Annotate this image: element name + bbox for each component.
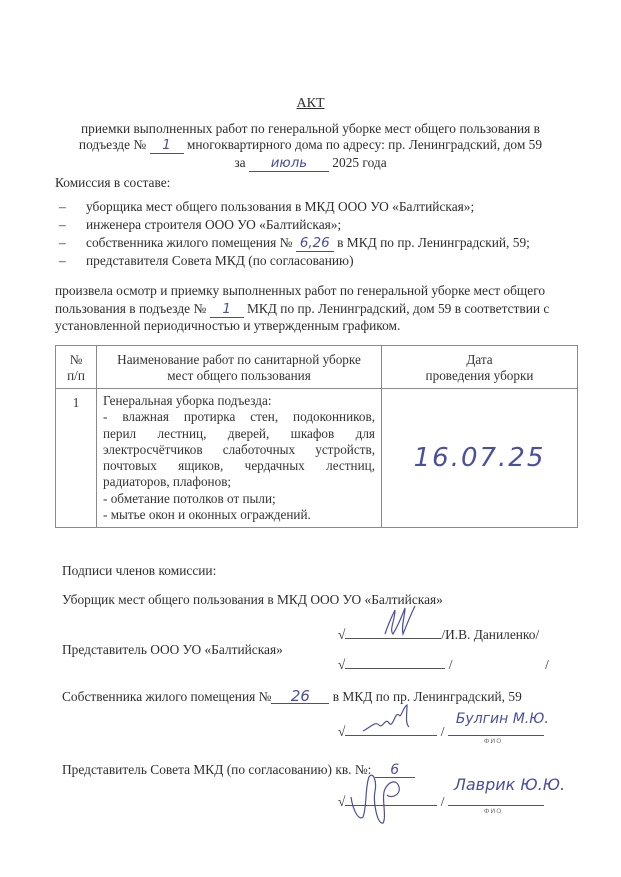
description-line: радиаторов, плафонов;: [103, 474, 375, 490]
header-name-line2: мест общего пользования: [101, 368, 377, 384]
commission-member-owner: –собственника жилого помещения № 6,26 в …: [59, 235, 530, 252]
member-text: представителя Совета МКД (по согласовани…: [86, 253, 354, 268]
checkmark-icon: √: [338, 794, 345, 809]
commission-member-council: –представителя Совета МКД (по согласован…: [59, 253, 354, 269]
description-line: - влажная протирка стен, подоконников,: [103, 409, 375, 425]
row-num: 1: [56, 389, 97, 528]
member-text: уборщика мест общего пользования в МКД О…: [86, 199, 474, 214]
inspection-line-1: произвела осмотр и приемку выполненных р…: [55, 283, 545, 299]
checkmark-icon: √: [338, 627, 345, 642]
table-row: 1 Генеральная уборка подъезда: - влажная…: [56, 389, 578, 528]
row-description: Генеральная уборка подъезда: - влажная п…: [97, 389, 382, 528]
slash: /: [441, 724, 445, 739]
list-dash: –: [59, 217, 86, 233]
member-text-post: в МКД по пр. Ленинградский, 59;: [337, 235, 530, 250]
cleaner-signature-field[interactable]: [345, 622, 441, 639]
list-dash: –: [59, 235, 86, 251]
header-name-line1: Наименование работ по санитарной уборке: [101, 352, 377, 368]
slash: /: [441, 794, 445, 809]
description-line: - мытье окон и оконных ограждений.: [103, 507, 375, 523]
subtitle-line-1: приемки выполненных работ по генеральной…: [0, 121, 621, 137]
slash: /: [545, 657, 549, 672]
header-date-line1: Дата: [386, 352, 573, 368]
owner-name-handwritten: Булгин М.Ю.: [456, 711, 549, 727]
commission-label: Комиссия в составе:: [55, 175, 170, 191]
checkmark-icon: √: [338, 724, 345, 739]
cleaner-signature-row: √ /И.В. Даниленко/: [338, 622, 539, 643]
owner-label: Собственника жилого помещения №26 в МКД …: [62, 689, 522, 705]
period-label: за: [234, 155, 245, 170]
commission-member-cleaner: –уборщика мест общего пользования в МКД …: [59, 199, 474, 215]
checkmark-icon: √: [338, 657, 345, 672]
subtitle-line-2: подъезде № 1 многоквартирного дома по ад…: [0, 137, 621, 154]
council-signature-row: √ / Лаврик Ю.Ю. ФИО: [338, 789, 544, 810]
council-label-text: Представитель Совета МКД (по согласовани…: [62, 762, 371, 777]
slash: /: [449, 657, 453, 672]
month-field[interactable]: июль: [249, 157, 329, 172]
fio-caption: ФИО: [484, 807, 503, 815]
council-name-handwritten: Лаврик Ю.Ю.: [454, 775, 565, 794]
owner-apartments-field[interactable]: 6,26: [296, 237, 334, 252]
fio-caption: ФИО: [484, 737, 503, 745]
description-line: Генеральная уборка подъезда:: [103, 393, 375, 409]
owner-signature-field[interactable]: [345, 719, 437, 736]
row-date[interactable]: 16.07.25: [382, 389, 578, 528]
inspection-entrance-label: пользования в подъезде №: [55, 301, 206, 316]
header-num: № п/п: [56, 346, 97, 389]
signature-scribble-icon: [361, 701, 421, 735]
company-rep-signature-field[interactable]: [345, 652, 445, 669]
table-header-row: № п/п Наименование работ по санитарной у…: [56, 346, 578, 389]
inspection-entrance-field[interactable]: 1: [210, 303, 244, 318]
description-line: - обметание потолков от пыли;: [103, 491, 375, 507]
subtitle-entrance-label: подъезде №: [79, 137, 146, 152]
inspection-line-3: установленной периодичностью и утвержден…: [55, 318, 400, 334]
description-line: почтовых ящиков, чердачных лестниц,: [103, 458, 375, 474]
inspection-address: МКД по пр. Ленинградский, дом 59 в соотв…: [247, 301, 549, 316]
commission-member-engineer: –инженера строителя ООО УО «Балтийская»;: [59, 217, 341, 233]
header-num-line2: п/п: [60, 368, 92, 384]
inspection-line-2: пользования в подъезде № 1 МКД по пр. Ле…: [55, 301, 549, 318]
description-line: перил лестниц, дверей, шкафов для: [103, 426, 375, 442]
header-num-line1: №: [60, 352, 92, 368]
signatures-heading: Подписи членов комиссии:: [62, 563, 216, 579]
header-date: Дата проведения уборки: [382, 346, 578, 389]
subtitle-address: многоквартирного дома по адресу: пр. Лен…: [187, 137, 542, 152]
council-signature-field[interactable]: [345, 789, 437, 806]
owner-signature-row: √ / Булгин М.Ю. ФИО: [338, 719, 544, 740]
entrance-number-field[interactable]: 1: [150, 139, 184, 154]
description-line: электросчётчиков слаботочных устройств,: [103, 442, 375, 458]
year-text: 2025 года: [332, 155, 386, 170]
document-title: АКТ: [0, 96, 621, 112]
owner-name-field[interactable]: Булгин М.Ю. ФИО: [448, 719, 544, 736]
subtitle-line-3: за июль 2025 года: [0, 155, 621, 172]
cleaner-name: /И.В. Даниленко/: [441, 627, 539, 642]
works-table: № п/п Наименование работ по санитарной у…: [55, 345, 578, 528]
signature-scribble-icon: [379, 604, 419, 638]
header-date-line2: проведения уборки: [386, 368, 573, 384]
company-rep-signature-row: √ / /: [338, 652, 549, 673]
cleaning-date-handwritten: 16.07.25: [414, 443, 546, 473]
list-dash: –: [59, 253, 86, 269]
subtitle-text: приемки выполненных работ по генеральной…: [81, 121, 540, 136]
owner-apartment-field[interactable]: 26: [271, 689, 329, 704]
signature-scribble-icon: [347, 767, 407, 829]
owner-label-text: Собственника жилого помещения №: [62, 689, 271, 704]
list-dash: –: [59, 199, 86, 215]
member-text: собственника жилого помещения №: [86, 235, 292, 250]
header-work-name: Наименование работ по санитарной уборке …: [97, 346, 382, 389]
member-text: инженера строителя ООО УО «Балтийская»;: [86, 217, 341, 232]
company-rep-label: Представитель ООО УО «Балтийская»: [62, 642, 283, 658]
council-name-field[interactable]: Лаврик Ю.Ю. ФИО: [448, 789, 544, 806]
